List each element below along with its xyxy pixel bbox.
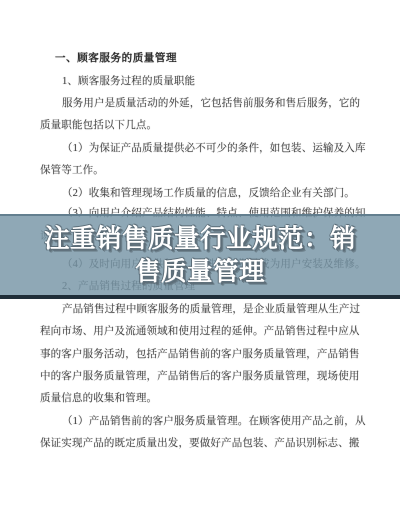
overlay-title-line1: 注重销售质量行业规范：销 — [44, 223, 356, 256]
doc-line: 程向市场、用户及流通领域和使用过程的延伸。产品销售过程中应从 — [40, 325, 360, 338]
title-overlay-band: 注重销售质量行业规范：销 售质量管理 — [0, 214, 400, 299]
doc-line: （1）产品销售前的客户服务质量管理。在顾客使用产品之前，从 — [62, 415, 366, 428]
doc-line: （2）收集和管理现场工作质量的信息，反馈给企业有关部门。 — [62, 187, 355, 200]
doc-line: 质量职能包括以下几点。 — [40, 119, 157, 132]
doc-line: 事的客户服务活动，包括产品销售前的客户服务质量管理，产品销售 — [40, 348, 360, 361]
doc-line: 保管等工作。 — [40, 164, 104, 177]
doc-line: （1）为保证产品质量提供必不可少的条件，如包装、运输及入库 — [62, 142, 366, 155]
document-page: 一、顾客服务的质量管理 1、顾客服务过程的质量职能 服务用户是质量活动的外延，它… — [0, 0, 400, 517]
doc-heading: 一、顾客服务的质量管理 — [55, 52, 177, 65]
doc-line: 服务用户是质量活动的外延，它包括售前服务和售后服务，它的 — [62, 97, 360, 110]
doc-subheading: 1、顾客服务过程的质量职能 — [62, 75, 195, 88]
doc-line: 中的客户服务质量管理，产品销售后的客户服务质量管理，现场使用 — [40, 370, 360, 383]
doc-line: 产品销售过程中顾客服务的质量管理，是企业质量管理从生产过 — [62, 303, 360, 316]
doc-line: 保证实现产品的既定质量出发，要做好产品包装、产品识别标志、搬 — [40, 437, 360, 450]
overlay-title-line2: 售质量管理 — [135, 256, 265, 289]
doc-line: 质量信息的收集和管理。 — [40, 392, 157, 405]
